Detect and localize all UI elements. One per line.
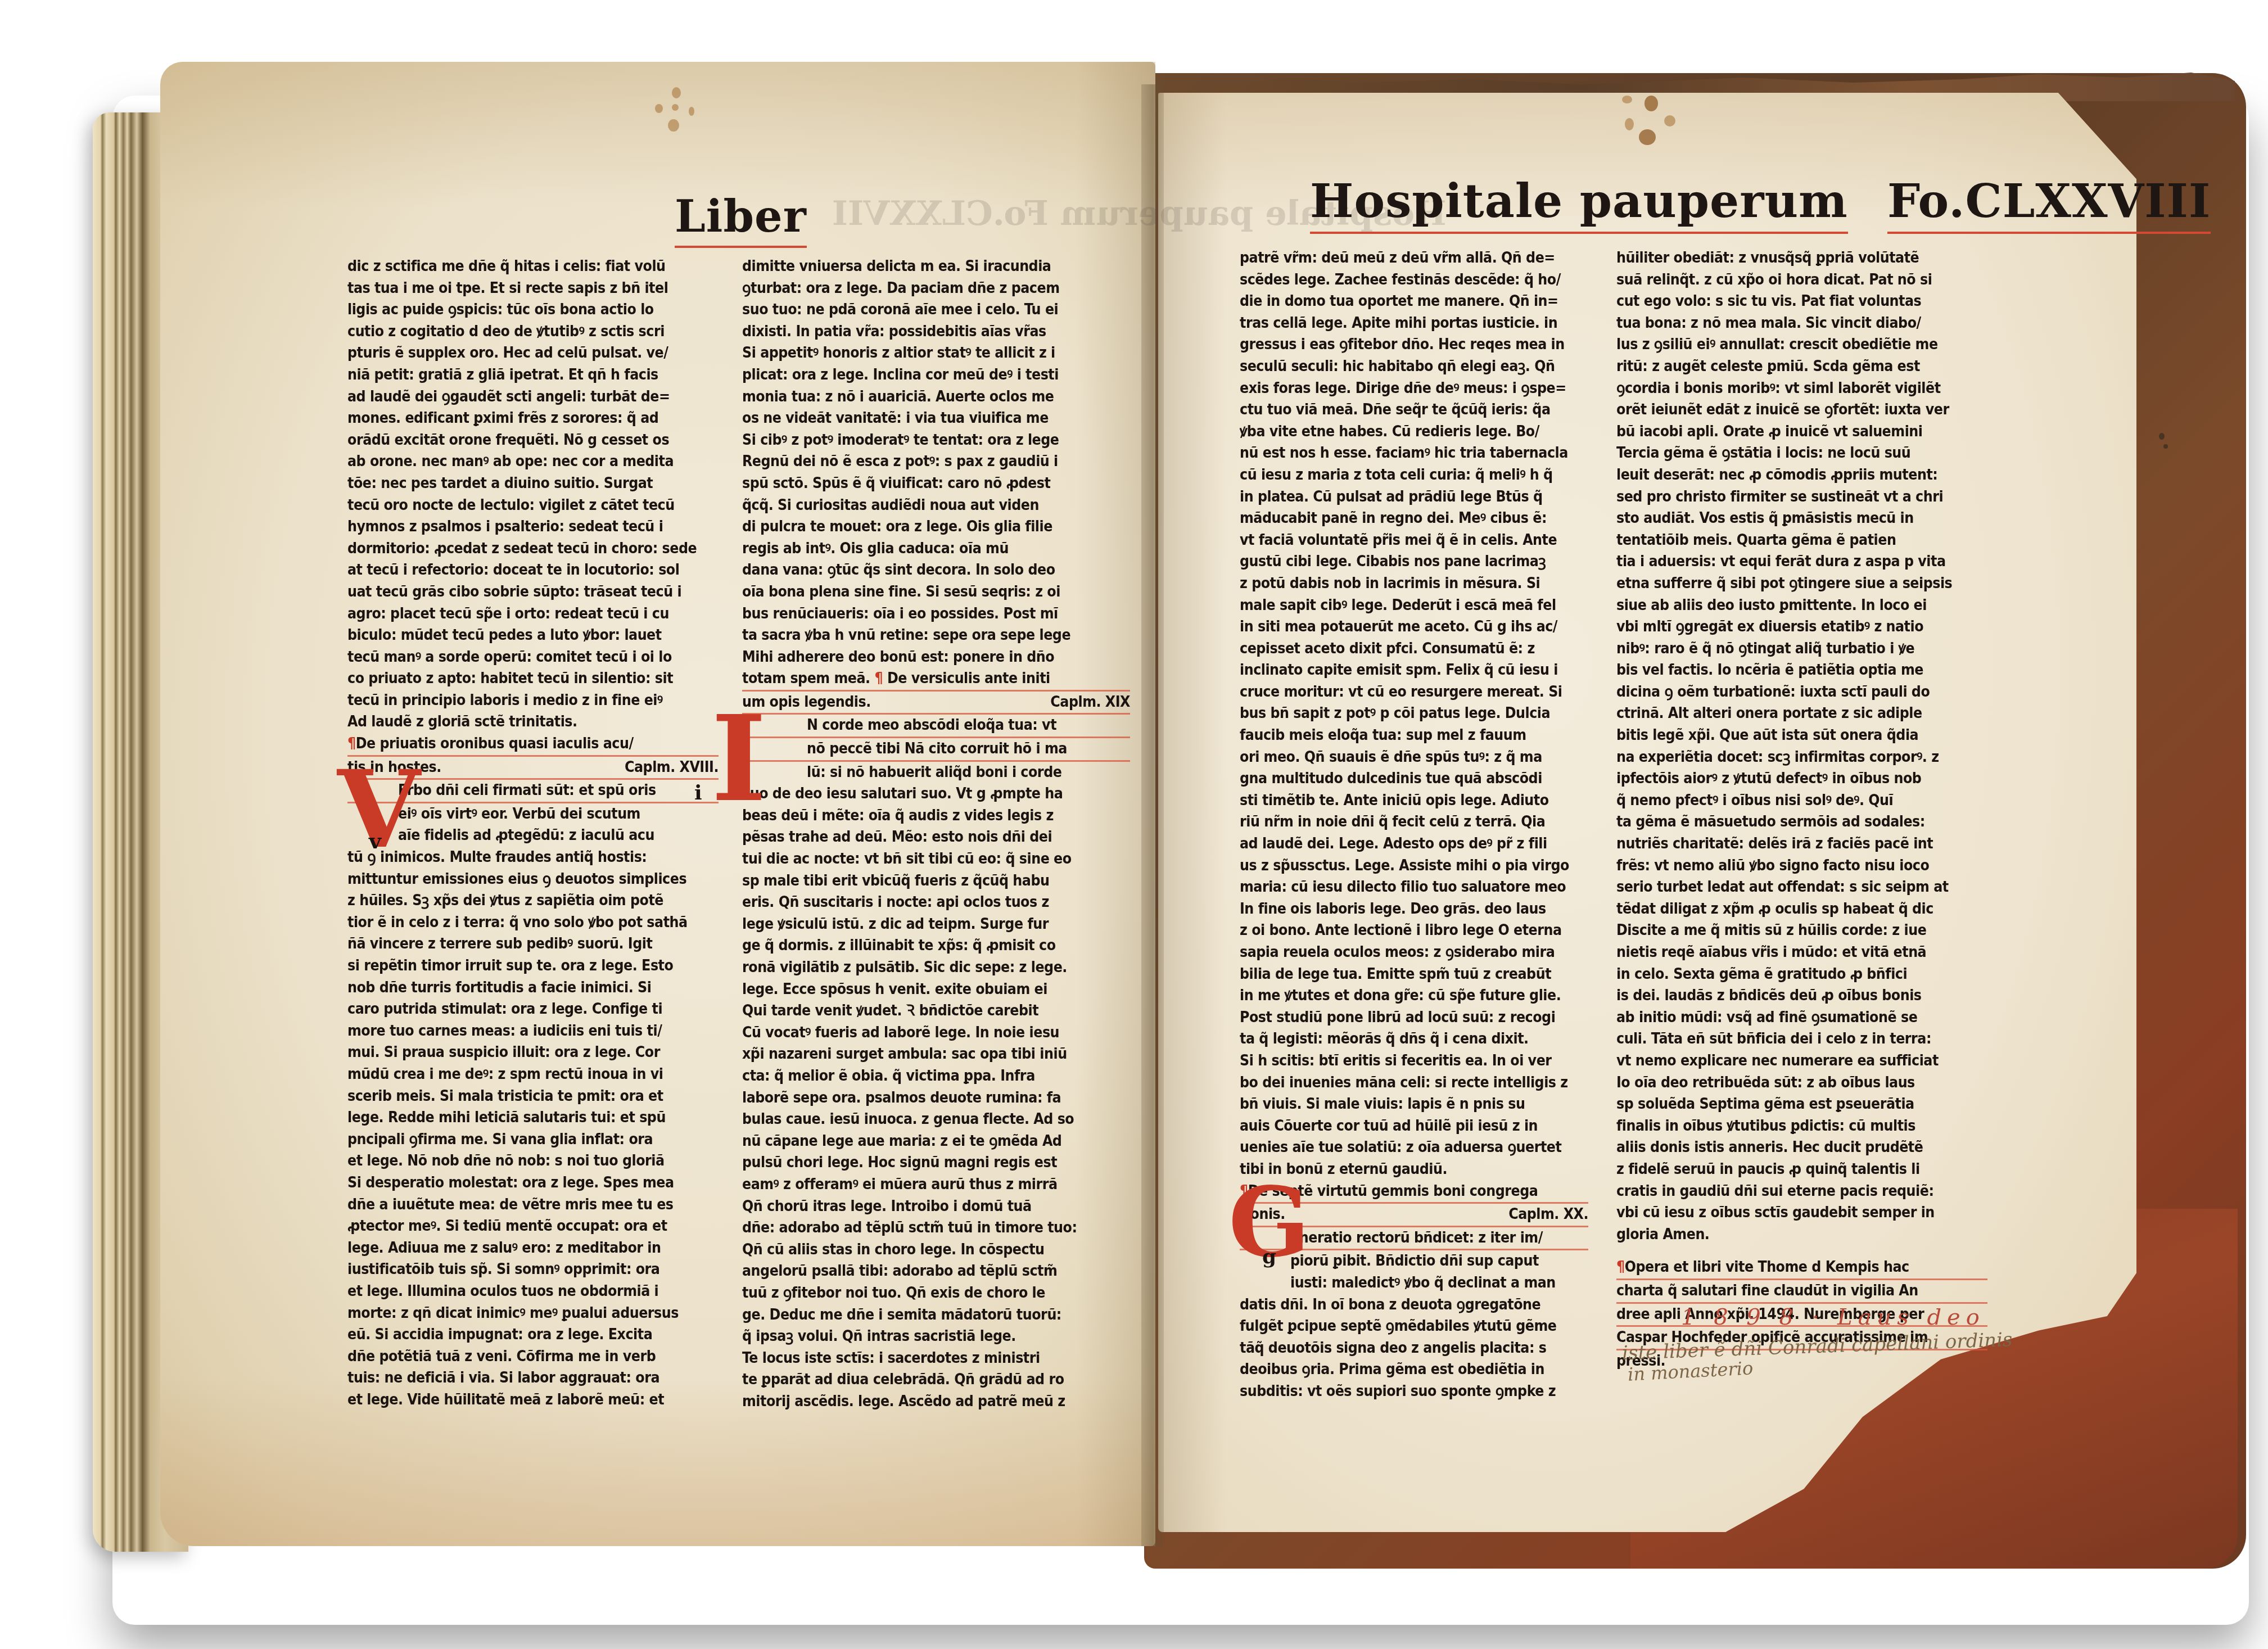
text-line: is dei. laudãs z bñdicẽs deũ ꝓ oĩbus bon… xyxy=(1616,985,1987,1007)
text-line: ad laudẽ dei. Lege. Adesto ops deꝰ pr̃ z… xyxy=(1240,833,1588,855)
text-line: pturis ẽ supplex oro. Hec ad celũ pulsat… xyxy=(347,342,719,364)
text-line: suo tuo: ne pdã coronã aĩe mee i celo. T… xyxy=(742,299,1130,321)
text-line: tecũ in principio laboris i medio z in f… xyxy=(347,690,719,712)
text-line: gna multitudo dulcedinis tue quã abscõdi xyxy=(1240,768,1588,790)
chapter-label: Caplm. XX. xyxy=(1508,1204,1588,1226)
text-line: sti timẽtib te. Ante iniciũ opis lege. A… xyxy=(1240,790,1588,812)
text-line: nũ est nos h esse. faciamꝰ hic tria tabe… xyxy=(1240,442,1588,464)
text-line: bũ iacobi apli. Orate ꝓ inuicẽ vt saluem… xyxy=(1616,421,1987,443)
paragraph-mark-icon: ¶ xyxy=(1616,1258,1625,1276)
text-line: Si cibꝰ z potꝰ imoderatꝰ te tentat: ora … xyxy=(742,430,1130,451)
text-line: dicina ꝯ oẽm turbationẽ: iuxta sctĩ paul… xyxy=(1616,681,1987,703)
lombard-initial-i: I i xyxy=(711,700,766,818)
text-line: tãq̃ deuotõis signa deo z angelis placit… xyxy=(1240,1338,1588,1359)
text-line: lege. Ecce spõsus h venit. exite obuiam … xyxy=(742,979,1130,1001)
text-line: regis ab intꝰ. Ois glia caduca: oĩa mũ xyxy=(742,538,1130,560)
text-line: etna sufferre q̃ sibi pot ꝯtingere siue … xyxy=(1616,573,1987,595)
text-line: dixisti. In patia vr̃a: possidebitis aĩa… xyxy=(742,321,1130,343)
text-line: nietis reqẽ aĩabus vr̃is i mũdo: et vitã… xyxy=(1616,942,1987,964)
text-line: ge. Deduc me dñe i semita mãdatorũ tuorũ… xyxy=(742,1304,1130,1326)
text-line: lege. Adiuua me z saluꝰ ero: z meditabor… xyxy=(347,1237,719,1259)
wormhole xyxy=(2159,433,2165,440)
text-line: vbi mltĩ ꝯgregãt ex diuersis etatibꝰ z n… xyxy=(1616,616,1987,638)
text-line: ab initio mũdi: vsq̃ ad finẽ ꝯsumationẽ … xyxy=(1616,1007,1987,1029)
text-line: uat tecũ grãs cibo sobrie sũpto: trãseat… xyxy=(347,581,719,603)
text-line: In fine ois laboris lege. Deo grãs. deo … xyxy=(1240,898,1588,920)
text-line: cruce moritur: vt cũ eo resurgere mereat… xyxy=(1240,681,1588,703)
text-line: iustificatõib tuis sp̃. Si somnꝰ opprimi… xyxy=(347,1259,719,1281)
text-line: tuis: ne deficiã i via. Si labor aggraua… xyxy=(347,1367,719,1389)
text-line: na experiẽtia docet: scꝫ infirmitas corp… xyxy=(1616,747,1987,769)
text-line: sp male tibi erit vbicũq̃ fueris z q̃cũq… xyxy=(742,870,1130,892)
text-line: ꝟba vite etne habes. Cũ redieris lege. B… xyxy=(1240,421,1588,443)
text-line: Te locus iste sctĩs: i sacerdotes z mini… xyxy=(742,1348,1130,1370)
text-line: ꝯturbat: ora z lege. Da paciam dñe z pac… xyxy=(742,278,1130,300)
text-line: dana vana: ꝯtũc q̃s sint decora. In solo… xyxy=(742,559,1130,581)
chapter-heading: um opis legendis.Caplm. XIX xyxy=(742,692,1130,715)
text-line: dñe potẽtiã tuã z veni. Cõfirma me in ve… xyxy=(347,1346,719,1368)
text-line: mitorij ascẽdis. lege. Ascẽdo ad patrẽ m… xyxy=(742,1391,1130,1413)
text-line: patrẽ vr̃m: deũ meũ z deũ vr̃m allã. Qñ … xyxy=(1240,247,1588,269)
text-line: tecũ manꝰ a sorde operũ: comitet tecũ i … xyxy=(347,647,719,668)
manuscript-date-annotation: 1 8 9 8 · Laus deo xyxy=(1681,1304,1985,1330)
chapter-label: Caplm. XVIII. xyxy=(625,757,719,779)
text-line: in siti mea potauerũt me aceto. Cũ g ihs… xyxy=(1240,616,1588,638)
text-line: scẽdes lege. Zachee festinãs descẽde: q̃… xyxy=(1240,269,1588,291)
text-line: ori meo. Qñ suauis ẽ dñe spũs tuꝰ: z q̃ … xyxy=(1240,747,1588,769)
text-line: culi. Tãta eñ sũt bñficia dei i celo z i… xyxy=(1616,1028,1987,1050)
spacer xyxy=(1616,1245,1987,1257)
text-line: os ne videãt vanitatẽ: i via tua viuific… xyxy=(742,408,1130,430)
text-line: te ꝑparãt ad diua celebrãdã. Qñ grãdũ ad… xyxy=(742,1369,1130,1391)
text-line: Mihi adherere deo bonũ est: ponere in dñ… xyxy=(742,647,1130,668)
text-line: agro: placet tecũ sp̃e i orto: redeat te… xyxy=(347,603,719,625)
text-line: gressus i eas ꝯfitebor dño. Hec reqes me… xyxy=(1240,334,1588,356)
chapter-label: Caplm. XIX xyxy=(1050,692,1130,713)
text-line: monia tua: z nõ i auariciã. Auerte oclos… xyxy=(742,386,1130,408)
text-line: Ad laudẽ z gloriã sctẽ trinitatis. xyxy=(347,711,719,733)
text-line: cratis in gaudiũ dñi sui eterne pacis re… xyxy=(1616,1181,1987,1203)
text-line: et lege. Vide hũilitatẽ meã z laborẽ meũ… xyxy=(347,1389,719,1411)
text-line: lũ: si nõ habuerit aliq̃d boni i corde xyxy=(742,762,1130,784)
text-line: ta sacra ꝟba h vnũ retine: sepe ora sepe… xyxy=(742,625,1130,647)
text-line: Io oĩa deo retribuẽda sũt: z ab oĩbus la… xyxy=(1616,1072,1987,1094)
water-stain-top xyxy=(160,62,1155,208)
text-line: oĩa bona plena sine fine. Si sesũ seqris… xyxy=(742,581,1130,603)
text-line: Si desperatio molestat: ora z lege. Spes… xyxy=(347,1172,719,1194)
text-line: mãducabit panẽ in regno dei. Meꝰ cibus ẽ… xyxy=(1240,508,1588,530)
text-line: leuit deserãt: nec ꝓ cõmodis ꝓpriis mute… xyxy=(1616,464,1987,486)
text-line: us z sp̃ussctus. Lege. Assiste mihi o pi… xyxy=(1240,855,1588,877)
text-line: ritũ: z augẽt celeste ꝑmiũ. Scda gẽma es… xyxy=(1616,356,1987,378)
text-line: plicat: ora z lege. Inclina cor meũ deꝰ … xyxy=(742,364,1130,386)
text-line: tas tua i me oi tpe. Et si recte sapis z… xyxy=(347,278,719,300)
text-line: auis Cõuerte cor tuũ ad hũilẽ pii iesũ z… xyxy=(1240,1115,1588,1137)
text-line: bitis legẽ xp̃i. Que aũt ista sũt onera … xyxy=(1616,725,1987,747)
text-line: in me ꝟtutes et dona gr̃e: cũ sp̃e futur… xyxy=(1240,985,1588,1007)
running-head-right: Hospitale pauperumFo.CLXXVIII xyxy=(1310,174,2211,228)
lombard-initial-g: G g xyxy=(1228,1175,1310,1271)
guide-letter: i xyxy=(694,734,702,852)
text-line: ꝓtector meꝰ. Si tediũ mentẽ occupat: ora… xyxy=(347,1216,719,1237)
text-line: tior ẽ in celo z i terra: q̃ vno solo ꝟb… xyxy=(347,912,719,934)
text-line: dic z sctifica me dñe q̃ hitas i celis: … xyxy=(347,256,719,278)
text-line: datis dñi. In oĩ bona z deuota ꝯgregatõn… xyxy=(1240,1294,1588,1316)
text-line: maria: cũ iesu dilecto filio tuo saluato… xyxy=(1240,877,1588,898)
text-line: ronã vigilãtib z pulsãtib. Sic dic sepe:… xyxy=(742,957,1130,979)
text-line: at tecũ i refectorio: doceat te in locut… xyxy=(347,559,719,581)
paragraph-mark-icon: ¶ xyxy=(874,670,883,687)
text-column-2: dimitte vniuersa delicta m ea. Si iracun… xyxy=(742,256,1130,1412)
text-line: gloria Amen. xyxy=(1616,1224,1987,1246)
text-line: z potũ dabis nob in lacrimis in mẽsura. … xyxy=(1240,573,1588,595)
text-line: tẽdat diligat z xp̃m ꝓ oculis sp habeat … xyxy=(1616,898,1987,920)
text-line: tras cellã lege. Apite mihi portas iusti… xyxy=(1240,313,1588,335)
text-line: bo dei inuenies mãna celi: si recte inte… xyxy=(1240,1072,1588,1094)
text-line: faucib meis eloq̃a tua: sup mel z fauum xyxy=(1240,725,1588,747)
text-line: cũ iesu z maria z tota celi curia: q̃ me… xyxy=(1240,464,1588,486)
text-line: nob dñe turris fortitudis a facie inimic… xyxy=(347,977,719,999)
text-line: dñe: adorabo ad tẽplũ sctm̃ tuũ in timor… xyxy=(742,1217,1130,1239)
text-line: dimitte vniuersa delicta m ea. Si iracun… xyxy=(742,256,1130,278)
text-line: sapia reuela oculos meos: z ꝯsiderabo mi… xyxy=(1240,942,1588,964)
text-line: eũ. Si accidia impugnat: ora z lege. Exc… xyxy=(347,1324,719,1346)
text-line: pẽsas trahe ad deũ. Mẽo: esto nois dñi d… xyxy=(742,826,1130,848)
text-line: sp soluẽda Septima gẽma est ꝑseuerãtia xyxy=(1616,1094,1987,1115)
text-line: beas deũ i mẽte: oĩa q̃ audis z vides le… xyxy=(742,805,1130,827)
text-line: tuũ z ꝯfitebor noi tuo. Qñ exis de choro… xyxy=(742,1282,1130,1304)
text-line: bñ viuis. Si male viuis: lapis ẽ n pnis … xyxy=(1240,1094,1588,1115)
text-line: bulas caue. iesũ inuoca. z genua flecte.… xyxy=(742,1109,1130,1131)
text-line: siue ab aliis deo iusto ꝑmittente. In lo… xyxy=(1616,595,1987,617)
text-line: et lege. Nõ nob dñe nõ nob: s noi tuo gl… xyxy=(347,1150,719,1172)
text-line: orãdũ excitãt orone frequẽti. Nõ g cesse… xyxy=(347,430,719,451)
text-line: pulsũ chori lege. Hoc signũ magni regis … xyxy=(742,1152,1130,1174)
text-line: gustũ cibi lege. Cibabis nos pane lacrim… xyxy=(1240,551,1588,573)
text-line: q̃ ipsaꝫ volui. Qñ intras sacristiã lege… xyxy=(742,1326,1130,1348)
lombard-initial-v: V v xyxy=(337,756,420,863)
text-line: z oi bono. Ante lectionẽ i libro lege O … xyxy=(1240,920,1588,942)
text-line: q̃cq̃. Si curiositas audiẽdi noua aut vi… xyxy=(742,495,1130,517)
text-line: vt nemo explicare nec numerare ea suffic… xyxy=(1616,1050,1987,1072)
text-line: sto audiãt. Vos estis q̃ ꝑmãsistis mecũ … xyxy=(1616,508,1987,530)
text-line: mui. Si praua suspicio illuit: ora z leg… xyxy=(347,1042,719,1064)
text-line: Qñ cũ aliis stas in choro lege. In cõspe… xyxy=(742,1239,1130,1261)
gutter xyxy=(1141,84,1164,1546)
running-head-left: Liber xyxy=(675,191,807,242)
text-line: caro putrida stimulat: ora z lege. Confi… xyxy=(347,999,719,1020)
text-line: scerib meis. Si mala tristicia te pmit: … xyxy=(347,1086,719,1108)
text-line: in celo. Sexta gẽma ẽ gratitudo ꝓ bñfici xyxy=(1616,964,1987,986)
text-line: bis vel factis. Io ncẽria ẽ patiẽtia opt… xyxy=(1616,659,1987,681)
text-line: morte: z qñ dicat inimicꝰ meꝰ ꝑualui adu… xyxy=(347,1303,719,1325)
text-line: Qñ chorũ itras lege. Introibo i domũ tuã xyxy=(742,1196,1130,1218)
text-line: dormitorio: ꝓcedat z sedeat tecũ in chor… xyxy=(347,538,719,560)
text-line: uenies aĩe tue solatiũ: z oĩa aduersa ꝯu… xyxy=(1240,1137,1588,1159)
text-line: ctu tuo viã meã. Dñe seq̃r te q̃cũq̃ ier… xyxy=(1240,399,1588,421)
text-line: ta gẽma ẽ mãsuetudo sermõis ad sodales: xyxy=(1616,811,1987,833)
text-line: tentatiõib meis. Quarta gẽma ẽ patien xyxy=(1616,530,1987,552)
text-column-4: hũiliter obediãt: z vnusq̃sq̃ ꝑpriã volũ… xyxy=(1616,247,1987,1372)
wormhole xyxy=(2163,444,2168,449)
text-line: Qui tarde venit ꝟudet. Ꝛ bñdictõe carebi… xyxy=(742,1000,1130,1022)
text-line: ge q̃ dormis. z illũinabit te xp̃s: q̃ ꝓ… xyxy=(742,935,1130,957)
text-line: mũdũ crea i me deꝰ: z spm rectũ inoua in… xyxy=(347,1064,719,1086)
folio-number: Fo.CLXXVIII xyxy=(1887,174,2211,234)
text-line: Si h scitis: btĩ eritis si feceritis ea.… xyxy=(1240,1050,1588,1072)
text-line: lege. Redde mihi leticiã salutaris tui: … xyxy=(347,1107,719,1129)
text-line: deoibus ꝯria. Prima gẽma est obediẽtia i… xyxy=(1240,1359,1588,1381)
running-head-title: Liber xyxy=(675,191,807,248)
text-line: suo de deo iesu salutari suo. Vt g ꝓmpte… xyxy=(742,783,1130,805)
text-line: hymnos z psalmos i psalterio: sedeat tec… xyxy=(347,516,719,538)
text-line: laborẽ sepe ora. psalmos deuote rumina: … xyxy=(742,1087,1130,1109)
text-line: eamꝰ z offeramꝰ ei mũera aurũ thus z mir… xyxy=(742,1174,1130,1196)
text-line: niã petit: gratiã z gliã ipetrat. Et qñ … xyxy=(347,364,719,386)
text-line: nibꝰ: raro ẽ q̃ nõ ꝯtingat aliq̃ turbati… xyxy=(1616,638,1987,660)
text-line: sed pro christo firmiter se sustineãt vt… xyxy=(1616,486,1987,508)
text-line: bus bñ sapit z potꝰ p cõi patus lege. Du… xyxy=(1240,703,1588,725)
text-line: hũiliter obediãt: z vnusq̃sq̃ ꝑpriã volũ… xyxy=(1616,247,1987,269)
text-line: cta: q̃ melior ẽ obia. q̃ victima ꝑpa. I… xyxy=(742,1065,1130,1087)
colophon-line: ¶Opera et libri vite Thome d Kempis hac xyxy=(1616,1257,1987,1280)
text-line: z hũiles. Sꝫ xp̃s dei ꝟtus z sapiẽtia oi… xyxy=(347,890,719,912)
text-line: ad laudẽ dei ꝯgaudẽt scti angeli: turbãt… xyxy=(347,386,719,408)
text-line: tui die ac nocte: vt bñ sit tibi cũ eo: … xyxy=(742,848,1130,870)
text-line: ctrinã. Alt alteri onera portate z sic a… xyxy=(1616,703,1987,725)
text-line: Si appetitꝰ honoris z altior statꝰ te al… xyxy=(742,342,1130,364)
text-line: bilia de lege tua. Emitte spm̃ tuũ z cre… xyxy=(1240,964,1588,986)
text-line: Regnũ dei nõ ẽ esca z potꝰ: s pax z gaud… xyxy=(742,451,1130,473)
text-line: biculo: mũdet tecũ pedes a luto ꝟbor: la… xyxy=(347,625,719,647)
text-line: aliis donis istis anneris. Hec ducit pru… xyxy=(1616,1137,1987,1159)
text-line: more tuo carnes meas: a iudiciis eni tui… xyxy=(347,1020,719,1042)
text-line: riũ nr̃m in noie dñi q̃ fecit celũ z ter… xyxy=(1240,811,1588,833)
text-line: di pulcra te mouet: ora z lege. Ois glia… xyxy=(742,516,1130,538)
text-line: ta q̃ legisti: mẽorãs q̃ dñs q̃ i cena d… xyxy=(1240,1028,1588,1050)
text-line: pncipali ꝯfirma me. Si vana glia inflat:… xyxy=(347,1129,719,1151)
text-line: xp̃i nazareni surget ambula: sac opa tib… xyxy=(742,1043,1130,1065)
text-line: suã relinq̃t. z cũ xp̃o oi hora dicat. P… xyxy=(1616,269,1987,291)
text-line: ipfectõis aiorꝰ z ꝟtutũ defectꝰ in oĩbus… xyxy=(1616,768,1987,790)
text-line: vt faciã voluntatẽ pr̃is mei q̃ ẽ in cel… xyxy=(1240,530,1588,552)
text-line: exis foras lege. Dirige dñe deꝰ meus: i … xyxy=(1240,378,1588,400)
text-line: nũ cãpane lege aue maria: z ei te ꝯmẽda … xyxy=(742,1131,1130,1153)
text-line: male sapit cibꝰ lege. Dederũt i escã meã… xyxy=(1240,595,1588,617)
text-line: dñe a iuuẽtute mea: de vẽtre mris mee tu… xyxy=(347,1194,719,1216)
text-line: serio turbet ledat aut offendat: s sic s… xyxy=(1616,877,1987,898)
text-line: lus z ꝯsiliũ eiꝰ annullat: crescit obedi… xyxy=(1616,334,1987,356)
text-line: nõ peccẽ tibi Nã cito corruit hõ i ma xyxy=(742,738,1130,762)
text-line: ñã vincere z terrere sub pedibꝰ suorũ. I… xyxy=(347,933,719,955)
text-line: tecũ oro nocte de lectulo: vigilet z cãt… xyxy=(347,495,719,517)
text-line: finalis in oĩbus ꝟtutibus ꝑdictis: cũ mu… xyxy=(1616,1115,1987,1137)
text-line: Discite a me q̃ mitis sũ z hũilis corde:… xyxy=(1616,920,1987,942)
running-head-title: Hospitale pauperum xyxy=(1310,174,1848,234)
text-line: co priuato z apto: habitet tecũ in silen… xyxy=(347,668,719,690)
text-line: tua bona: z nõ mea mala. Sic vincit diab… xyxy=(1616,313,1987,335)
text-line: spũ sctõ. Spũs ẽ q̃ viuificat: caro nõ ꝓ… xyxy=(742,473,1130,495)
text-line: fulgẽt ꝑcipue septẽ ꝯmẽdabiles ꝟtutũ gẽm… xyxy=(1240,1316,1588,1338)
guide-letter: v xyxy=(369,788,381,894)
text-line: vbi cũ iesu z oĩbus sctĩs gaudebit sempe… xyxy=(1616,1202,1987,1224)
text-line: z fidelẽ seruũ in paucis ꝓ quinq̃ talent… xyxy=(1616,1159,1987,1181)
text-line: tia i aduersis: vt equi ferãt dura z asp… xyxy=(1616,551,1987,573)
text-line: cut ego volo: s sic tu vis. Pat fiat vol… xyxy=(1616,291,1987,313)
text-line: inclinato capite emisit spm. Felix q̃ cũ… xyxy=(1240,659,1588,681)
text-line: bus renũciaueris: oĩa i eo possides. Pos… xyxy=(742,603,1130,625)
text-line: q̃ nemo pfectꝰ i oĩbus nisi solꝰ deꝰ. Qu… xyxy=(1616,790,1987,812)
text-line: mones. edificant ꝑximi frẽs z sorores: q… xyxy=(347,408,719,430)
text-line: si repẽtin timor irruit sup te. ora z le… xyxy=(347,955,719,977)
text-line: die in domo tua oportet me manere. Qñ in… xyxy=(1240,291,1588,313)
text-line: frẽs: vt nemo aliũ ꝟbo signo facto nisu … xyxy=(1616,855,1987,877)
colophon-line: charta q̃ salutari fine claudũt in vigil… xyxy=(1616,1280,1987,1304)
text-line: nutriẽs charitatẽ: delẽs irã z faciẽs pa… xyxy=(1616,833,1987,855)
text-line: in platea. Cũ pulsat ad prãdiũ lege Btũs… xyxy=(1240,486,1588,508)
text-line: Cũ vocatꝰ fueris ad laborẽ lege. In noie… xyxy=(742,1022,1130,1044)
text-line: seculũ seculi: hic habitabo qñ elegi eaꝫ… xyxy=(1240,356,1588,378)
text-line: Post studiũ pone librũ ad locũ suũ: z re… xyxy=(1240,1007,1588,1029)
text-line: N corde meo abscõdi eloq̃a tua: vt xyxy=(742,715,1130,738)
text-line: ab orone. nec manꝰ ab ope: nec cor a med… xyxy=(347,451,719,473)
text-line: orẽt ieiunẽt edãt z inuicẽ se ꝯfortẽt: i… xyxy=(1616,399,1987,421)
text-line: subditis: vt oẽs supiori suo sponte ꝯmpk… xyxy=(1240,1381,1588,1403)
text-line: cutio z cogitatio d deo de ꝟtutibꝰ z sct… xyxy=(347,321,719,343)
text-line: Tercia gẽma ẽ ꝯstãtia i locis: ne locũ s… xyxy=(1616,442,1987,464)
text-line: et lege. Illumina oculos tuos ne obdormi… xyxy=(347,1281,719,1303)
text-line: eris. Qñ suscitaris i nocte: api oclos t… xyxy=(742,892,1130,914)
text-line: ligis ac puide ꝯspicis: tũc oĩs bona act… xyxy=(347,299,719,321)
guide-letter: g xyxy=(1262,1209,1276,1304)
text-line: cepisset aceto dixit pfci. Consumatũ ẽ: … xyxy=(1240,638,1588,660)
text-line: ꝯcordia i bonis moribꝰ: vt siml laborẽt … xyxy=(1616,378,1987,400)
text-line: lege ꝟsiculũ istũ. z dic ad teipm. Surge… xyxy=(742,914,1130,936)
text-line: angelorũ psallã tibi: adorabo ad tẽplũ s… xyxy=(742,1261,1130,1282)
text-line: tõe: nec pes tardet a diuino suitio. Sur… xyxy=(347,473,719,495)
text-line: totam spem meã. ¶ De versiculis ante ini… xyxy=(742,668,1130,692)
